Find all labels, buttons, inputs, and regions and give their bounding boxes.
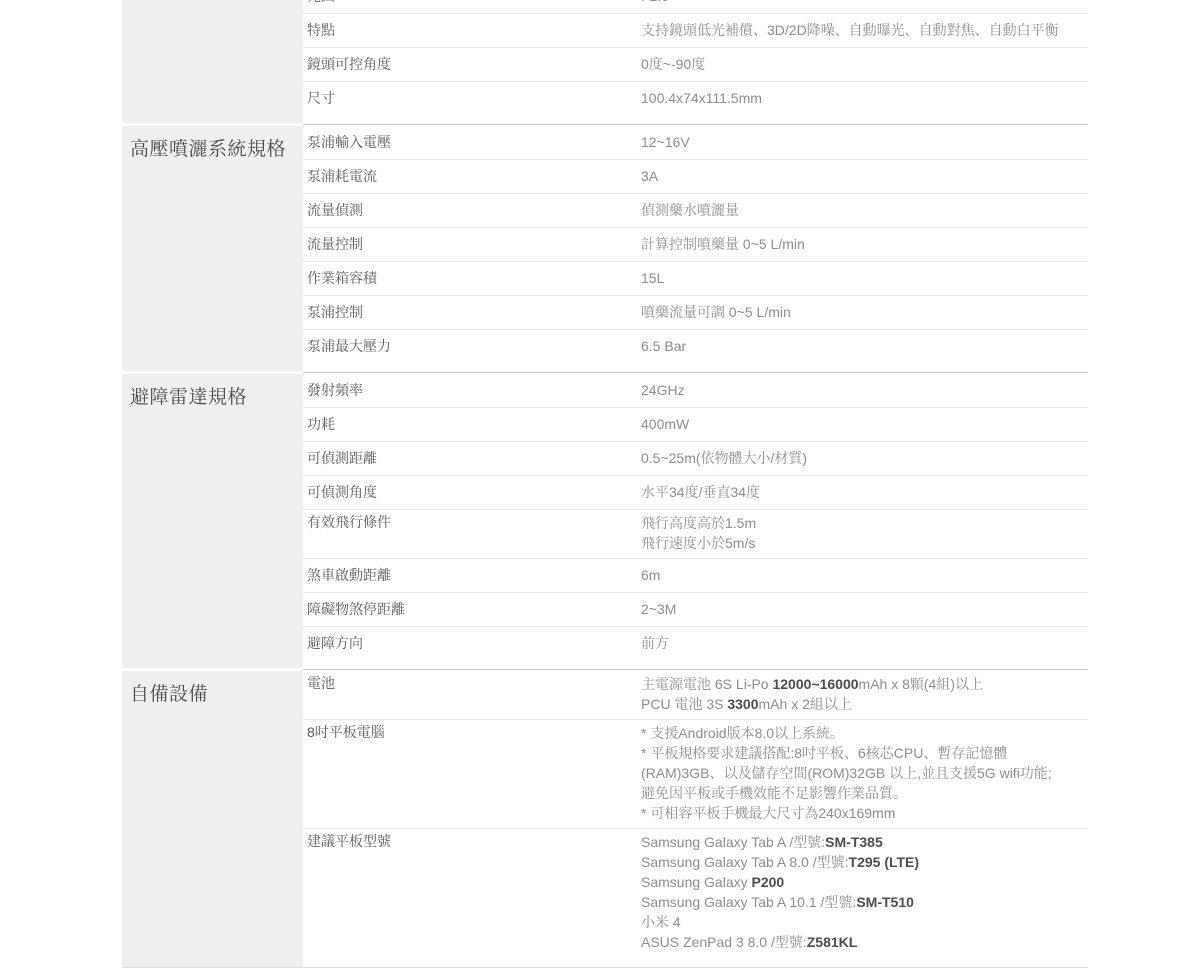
spec-value: F2.0: [641, 0, 1088, 13]
spec-value-text: 24GHz: [641, 382, 685, 398]
spec-row: 泵浦控制噴藥流量可調 0~5 L/min: [303, 296, 1088, 330]
spec-section: 光圈F2.0特點支持鏡頭低光補償、3D/2D降噪、自動曝光、自動對焦、自動白平衡…: [122, 0, 1088, 123]
spec-value-text: mAh x 2組以上: [759, 696, 852, 712]
spec-value: 水平34度/垂直34度: [641, 476, 1088, 509]
spec-row: 電池主電源電池 6S Li-Po 12000~16000mAh x 8顆(4組)…: [303, 671, 1088, 720]
spec-value-text: 飛行速度小於5m/s: [641, 535, 755, 551]
spec-value: 24GHz: [641, 374, 1088, 407]
spec-value: 支持鏡頭低光補償、3D/2D降噪、自動曝光、自動對焦、自動白平衡: [641, 14, 1088, 47]
spec-value-text: * 平板規格要求建議搭配:8吋平板、6核芯CPU、暫存記憶體: [641, 745, 1007, 761]
spec-value-text: 支持鏡頭低光補償、3D/2D降噪、自動曝光、自動對焦、自動白平衡: [641, 22, 1059, 38]
spec-value-line: 0.5~25m(依物體大小/材質): [641, 449, 1084, 468]
spec-label: 功耗: [303, 408, 641, 441]
spec-row: 可偵測距離0.5~25m(依物體大小/材質): [303, 442, 1088, 476]
spec-value-line: 前方: [641, 634, 1084, 653]
section-title: 高壓噴灑系統規格: [130, 139, 297, 161]
spec-value-line: F2.0: [641, 0, 1084, 6]
section-rows: 電池主電源電池 6S Li-Po 12000~16000mAh x 8顆(4組)…: [303, 671, 1088, 967]
spec-value-emphasis: SM-T510: [856, 894, 914, 910]
spec-label: 8吋平板電腦: [303, 720, 641, 747]
section-header-cell: [122, 0, 303, 123]
spec-value: 3A: [641, 160, 1088, 193]
spec-value-text: 2~3M: [641, 601, 676, 617]
spec-value-text: 400mW: [641, 416, 689, 432]
spec-value-line: Samsung Galaxy Tab A /型號:SM-T385: [641, 832, 1084, 852]
spec-label: 流量偵測: [303, 194, 641, 227]
spec-row: 功耗400mW: [303, 408, 1088, 442]
spec-value: 計算控制噴藥量 0~5 L/min: [641, 228, 1088, 261]
spec-label: 避障方向: [303, 627, 641, 668]
spec-label: 鏡頭可控角度: [303, 48, 641, 81]
spec-value-line: 400mW: [641, 415, 1084, 434]
spec-value-line: 24GHz: [641, 381, 1084, 400]
spec-value-text: 噴藥流量可調 0~5 L/min: [641, 304, 791, 320]
spec-value: Samsung Galaxy Tab A /型號:SM-T385Samsung …: [641, 829, 1088, 967]
spec-row: 建議平板型號Samsung Galaxy Tab A /型號:SM-T385Sa…: [303, 829, 1088, 967]
spec-value-line: 避免因平板或手機效能不足影響作業品質。: [641, 783, 1084, 803]
spec-row: 避障方向前方: [303, 627, 1088, 668]
spec-label: 泵浦控制: [303, 296, 641, 329]
spec-value: 2~3M: [641, 593, 1088, 626]
spec-value-line: 主電源電池 6S Li-Po 12000~16000mAh x 8顆(4組)以上: [641, 674, 1084, 694]
spec-value: 100.4x74x111.5mm: [641, 82, 1088, 123]
spec-table: 光圈F2.0特點支持鏡頭低光補償、3D/2D降噪、自動曝光、自動對焦、自動白平衡…: [122, 0, 1088, 968]
spec-row: 泵浦耗電流3A: [303, 160, 1088, 194]
spec-value-line: * 平板規格要求建議搭配:8吋平板、6核芯CPU、暫存記憶體: [641, 743, 1084, 763]
spec-value-text: ASUS ZenPad 3 8.0 /型號:: [641, 934, 807, 950]
spec-value-line: 6.5 Bar: [641, 337, 1084, 356]
spec-row: 泵浦輸入電壓12~16V: [303, 126, 1088, 160]
spec-value-text: 6m: [641, 567, 660, 583]
spec-row: 尺寸100.4x74x111.5mm: [303, 82, 1088, 123]
spec-row: 可偵測角度水平34度/垂直34度: [303, 476, 1088, 510]
spec-row: 流量偵測偵測藥水噴灑量: [303, 194, 1088, 228]
section-title: 自備設備: [130, 684, 297, 706]
spec-value-text: 前方: [641, 635, 669, 651]
spec-label: 可偵測距離: [303, 442, 641, 475]
spec-row: 煞車啟動距離6m: [303, 559, 1088, 593]
section-header-cell: 避障雷達規格: [122, 374, 303, 668]
spec-label: 可偵測角度: [303, 476, 641, 509]
spec-row: 流量控制計算控制噴藥量 0~5 L/min: [303, 228, 1088, 262]
spec-value-text: 3A: [641, 168, 658, 184]
spec-value-text: 偵測藥水噴灑量: [641, 202, 739, 218]
section-header-cell: 自備設備: [122, 671, 303, 967]
spec-value-line: 15L: [641, 269, 1084, 288]
spec-row: 8吋平板電腦* 支援Android版本8.0以上系統。* 平板規格要求建議搭配:…: [303, 720, 1088, 829]
spec-label: 流量控制: [303, 228, 641, 261]
spec-value-line: (RAM)3GB、以及儲存空間(ROM)32GB 以上,並且支援5G wifi功…: [641, 763, 1084, 783]
spec-value-line: 支持鏡頭低光補償、3D/2D降噪、自動曝光、自動對焦、自動白平衡: [641, 21, 1084, 40]
spec-value-line: 計算控制噴藥量 0~5 L/min: [641, 235, 1084, 254]
spec-label: 建議平板型號: [303, 829, 641, 866]
spec-value-text: * 可相容平板手機最大尺寸為240x169mm: [641, 805, 895, 821]
spec-value-line: PCU 電池 3S 3300mAh x 2組以上: [641, 694, 1084, 714]
spec-label: 發射頻率: [303, 374, 641, 407]
spec-value-text: 避免因平板或手機效能不足影響作業品質。: [641, 785, 907, 801]
spec-label: 電池: [303, 671, 641, 698]
spec-value-line: 飛行高度高於1.5m: [641, 513, 1084, 533]
spec-value-text: 0.5~25m(依物體大小/材質): [641, 450, 807, 466]
spec-value-text: 12~16V: [641, 134, 690, 150]
spec-value-text: mAh x 8顆(4組)以上: [859, 676, 983, 692]
section-header-cell: 高壓噴灑系統規格: [122, 126, 303, 371]
spec-value-text: 小米 4: [641, 914, 681, 930]
spec-section: 避障雷達規格發射頻率24GHz功耗400mW可偵測距離0.5~25m(依物體大小…: [122, 374, 1088, 668]
spec-value-text: 飛行高度高於1.5m: [641, 515, 756, 531]
spec-value-line: 3A: [641, 167, 1084, 186]
spec-value: 主電源電池 6S Li-Po 12000~16000mAh x 8顆(4組)以上…: [641, 671, 1088, 719]
spec-value: 0.5~25m(依物體大小/材質): [641, 442, 1088, 475]
section-rows: 發射頻率24GHz功耗400mW可偵測距離0.5~25m(依物體大小/材質)可偵…: [303, 374, 1088, 668]
spec-value-text: 水平34度/垂直34度: [641, 484, 760, 500]
spec-row: 泵浦最大壓力6.5 Bar: [303, 330, 1088, 371]
spec-value: 前方: [641, 627, 1088, 668]
spec-value-emphasis: SM-T385: [825, 834, 883, 850]
spec-label: 作業箱容積: [303, 262, 641, 295]
spec-row: 障礙物煞停距離2~3M: [303, 593, 1088, 627]
spec-label: 煞車啟動距離: [303, 559, 641, 592]
spec-section: 高壓噴灑系統規格泵浦輸入電壓12~16V泵浦耗電流3A流量偵測偵測藥水噴灑量流量…: [122, 126, 1088, 371]
section-title: 避障雷達規格: [130, 387, 297, 409]
spec-label: 光圈: [303, 0, 641, 13]
spec-value-emphasis: 3300: [727, 696, 758, 712]
spec-value-text: 主電源電池 6S Li-Po: [641, 676, 772, 692]
spec-label: 泵浦耗電流: [303, 160, 641, 193]
spec-value-line: 水平34度/垂直34度: [641, 483, 1084, 502]
spec-value-text: 0度~-90度: [641, 56, 705, 72]
spec-value-emphasis: Z581KL: [807, 934, 858, 950]
spec-row: 光圈F2.0: [303, 0, 1088, 14]
spec-value: 偵測藥水噴灑量: [641, 194, 1088, 227]
spec-value-emphasis: T295 (LTE): [849, 854, 920, 870]
spec-value-line: 偵測藥水噴灑量: [641, 201, 1084, 220]
spec-value-line: 噴藥流量可調 0~5 L/min: [641, 303, 1084, 322]
spec-value-line: Samsung Galaxy P200: [641, 872, 1084, 892]
spec-value-text: Samsung Galaxy Tab A /型號:: [641, 834, 825, 850]
spec-value: 噴藥流量可調 0~5 L/min: [641, 296, 1088, 329]
spec-value-text: 6.5 Bar: [641, 338, 686, 354]
spec-label: 障礙物煞停距離: [303, 593, 641, 626]
spec-value-text: Samsung Galaxy Tab A 10.1 /型號:: [641, 894, 856, 910]
spec-value-line: 2~3M: [641, 600, 1084, 619]
spec-value-text: (RAM)3GB、以及儲存空間(ROM)32GB 以上,並且支援5G wifi功…: [641, 765, 1052, 781]
spec-value-line: 0度~-90度: [641, 55, 1084, 74]
section-rows: 光圈F2.0特點支持鏡頭低光補償、3D/2D降噪、自動曝光、自動對焦、自動白平衡…: [303, 0, 1088, 123]
spec-value-text: 100.4x74x111.5mm: [641, 90, 762, 106]
spec-label: 泵浦輸入電壓: [303, 126, 641, 159]
spec-value-line: * 可相容平板手機最大尺寸為240x169mm: [641, 803, 1084, 823]
spec-value-text: PCU 電池 3S: [641, 696, 727, 712]
spec-row: 作業箱容積15L: [303, 262, 1088, 296]
spec-value-text: 15L: [641, 270, 664, 286]
spec-value-line: Samsung Galaxy Tab A 8.0 /型號:T295 (LTE): [641, 852, 1084, 872]
spec-value: * 支援Android版本8.0以上系統。* 平板規格要求建議搭配:8吋平板、6…: [641, 720, 1088, 828]
spec-value-line: 100.4x74x111.5mm: [641, 89, 1084, 108]
spec-label: 泵浦最大壓力: [303, 330, 641, 371]
spec-section: 自備設備電池主電源電池 6S Li-Po 12000~16000mAh x 8顆…: [122, 671, 1088, 967]
spec-value: 6m: [641, 559, 1088, 592]
spec-value-emphasis: P200: [752, 874, 785, 890]
spec-row: 特點支持鏡頭低光補償、3D/2D降噪、自動曝光、自動對焦、自動白平衡: [303, 14, 1088, 48]
spec-label: 特點: [303, 14, 641, 47]
spec-value-emphasis: 12000~16000: [772, 676, 858, 692]
spec-value: 400mW: [641, 408, 1088, 441]
spec-value-line: 6m: [641, 566, 1084, 585]
spec-value-text: F2.0: [641, 0, 669, 4]
spec-value-text: * 支援Android版本8.0以上系統。: [641, 725, 844, 741]
spec-label: 有效飛行條件: [303, 510, 641, 537]
spec-value: 飛行高度高於1.5m飛行速度小於5m/s: [641, 510, 1088, 558]
spec-value: 0度~-90度: [641, 48, 1088, 81]
spec-value-line: 飛行速度小於5m/s: [641, 533, 1084, 553]
spec-value: 12~16V: [641, 126, 1088, 159]
spec-row: 發射頻率24GHz: [303, 374, 1088, 408]
spec-value-line: 12~16V: [641, 133, 1084, 152]
spec-row: 有效飛行條件飛行高度高於1.5m飛行速度小於5m/s: [303, 510, 1088, 559]
spec-value-line: * 支援Android版本8.0以上系統。: [641, 723, 1084, 743]
spec-value-line: ASUS ZenPad 3 8.0 /型號:Z581KL: [641, 932, 1084, 952]
spec-value-line: Samsung Galaxy Tab A 10.1 /型號:SM-T510: [641, 892, 1084, 912]
spec-value-line: 小米 4: [641, 912, 1084, 932]
spec-value-text: 計算控制噴藥量 0~5 L/min: [641, 236, 805, 252]
spec-label: 尺寸: [303, 82, 641, 123]
spec-row: 鏡頭可控角度0度~-90度: [303, 48, 1088, 82]
spec-value-text: Samsung Galaxy: [641, 874, 752, 890]
spec-page: 光圈F2.0特點支持鏡頭低光補償、3D/2D降噪、自動曝光、自動對焦、自動白平衡…: [0, 0, 1200, 977]
spec-value: 6.5 Bar: [641, 330, 1088, 371]
spec-value-text: Samsung Galaxy Tab A 8.0 /型號:: [641, 854, 849, 870]
spec-value: 15L: [641, 262, 1088, 295]
section-rows: 泵浦輸入電壓12~16V泵浦耗電流3A流量偵測偵測藥水噴灑量流量控制計算控制噴藥…: [303, 126, 1088, 371]
